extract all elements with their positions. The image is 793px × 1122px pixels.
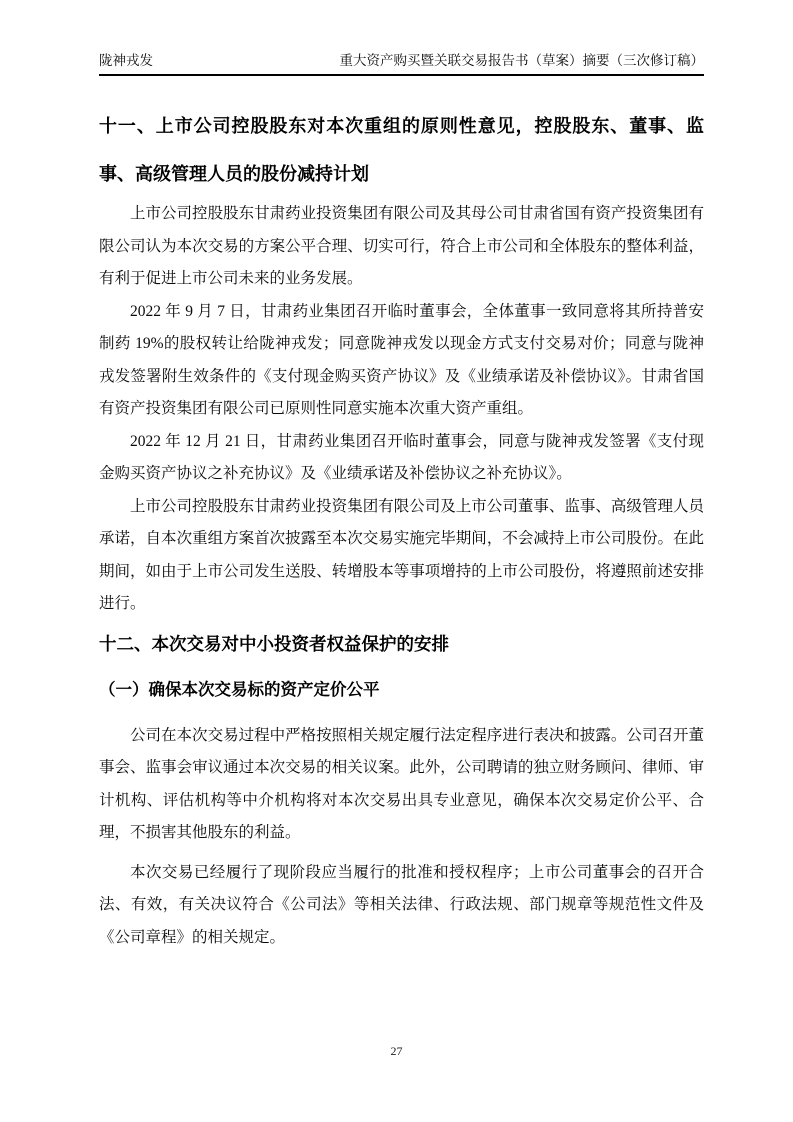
page-content: 陇神戎发 重大资产购买暨关联交易报告书（草案）摘要（三次修订稿） 十一、上市公司… bbox=[0, 0, 793, 954]
section-11-paragraph-3: 2022 年 12 月 21 日，甘肃药业集团召开临时董事会，同意与陇神戎发签署… bbox=[99, 426, 704, 491]
section-12-subheading-1: （一）确保本次交易标的资产定价公平 bbox=[99, 667, 704, 713]
section-12-paragraph-2: 本次交易已经履行了现阶段应当履行的批准和授权程序；上市公司董事会的召开合法、有效… bbox=[99, 857, 704, 955]
section-12-heading: 十二、本次交易对中小投资者权益保护的安排 bbox=[99, 621, 704, 667]
page-number: 27 bbox=[391, 1044, 403, 1058]
page-header: 陇神戎发 重大资产购买暨关联交易报告书（草案）摘要（三次修订稿） bbox=[99, 0, 704, 76]
section-11-paragraph-1: 上市公司控股股东甘肃药业投资集团有限公司及其母公司甘肃省国有资产投资集团有限公司… bbox=[99, 198, 704, 296]
section-12-paragraph-1: 公司在本次交易过程中严格按照相关规定履行法定程序进行表决和披露。公司召开董事会、… bbox=[99, 720, 704, 850]
section-11-paragraph-4: 上市公司控股股东甘肃药业投资集团有限公司及上市公司董事、监事、高级管理人员承诺，… bbox=[99, 491, 704, 621]
header-document-title: 重大资产购买暨关联交易报告书（草案）摘要（三次修订稿） bbox=[340, 52, 705, 69]
page-footer: 27 bbox=[0, 1044, 793, 1059]
section-11-paragraph-2: 2022 年 9 月 7 日，甘肃药业集团召开临时董事会，全体董事一致同意将其所… bbox=[99, 296, 704, 426]
document-page: 陇神戎发 重大资产购买暨关联交易报告书（草案）摘要（三次修订稿） 十一、上市公司… bbox=[0, 0, 793, 1122]
section-11-heading: 十一、上市公司控股股东对本次重组的原则性意见，控股股东、董事、监事、高级管理人员… bbox=[99, 102, 704, 198]
header-company-name: 陇神戎发 bbox=[99, 52, 153, 69]
